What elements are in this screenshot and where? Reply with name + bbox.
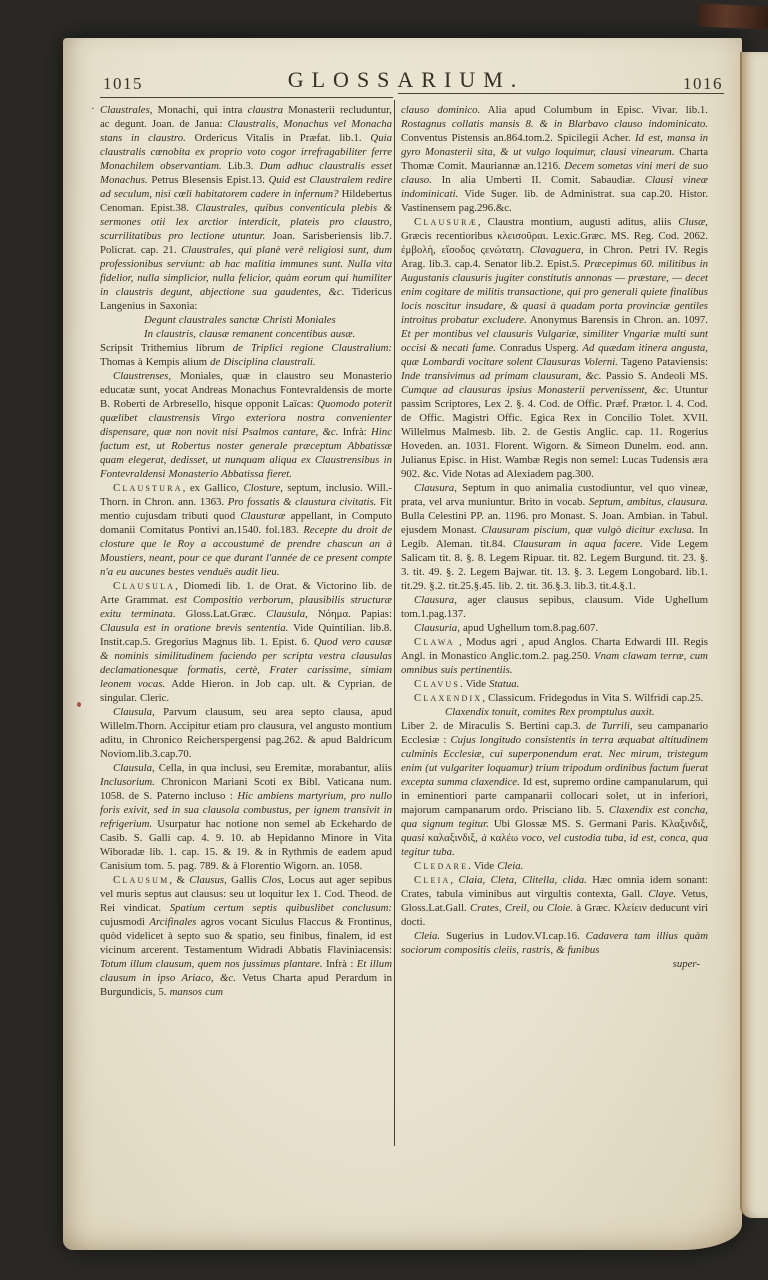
text-segment: cujusmodi (100, 916, 149, 928)
text-segment: Claustura (113, 482, 183, 494)
text-segment: Cleia. (497, 860, 523, 872)
catchword: super- (401, 957, 708, 971)
text-segment: de Triplici regione Claustralium: (233, 342, 392, 354)
text-segment: Clausula (113, 706, 152, 718)
text-segment: Statua. (489, 678, 519, 690)
text-segment: Inde transivimus ad primam clausuram, &c… (401, 370, 601, 382)
page-number-left: 1015 (103, 74, 143, 94)
verse-claxendix: Claxendix tonuit, comites Rex promptulus… (401, 705, 708, 719)
entry-claustrales: Claustrales, Monachi, qui intra claustra… (100, 103, 392, 313)
text-segment: Claye. (648, 888, 676, 900)
entry-cledare: Cledare. Vide Cleia. (401, 859, 708, 873)
text-segment: Totum illum clausum, quem nos jussimus p… (100, 958, 323, 970)
text-segment: Clausturæ (240, 510, 285, 522)
text-segment: Alia apud Columbum in Episc. Vivar. lib.… (480, 104, 708, 116)
text-segment: super- (673, 958, 700, 970)
text-segment: , Claustra montium, augusti aditus, alii… (478, 216, 678, 228)
text-segment: Claxendix (414, 692, 482, 704)
para-clausura-septum: Clausura, Septum in quo animalia custodi… (401, 481, 708, 593)
text-segment: de Turrili (586, 720, 630, 732)
page-number-right: 1016 (683, 74, 723, 94)
text-segment: Clausula (266, 608, 305, 620)
text-segment: Crates, Creil, ou Cloie. (470, 902, 573, 914)
text-segment: In claustris, clausæ remanent concentibu… (144, 328, 355, 340)
text-segment: Clausura (414, 594, 454, 606)
text-segment: Clausula (113, 580, 175, 592)
text-segment: Ordericus Vitalis in Præfat. lib.1. (186, 132, 371, 144)
text-segment: Closture (243, 482, 280, 494)
text-segment: Clos (261, 874, 281, 886)
text-segment: Infrà : (323, 958, 357, 970)
entry-claxendix: Claxendix, Classicum. Fridegodus in Vita… (401, 691, 708, 705)
text-segment: Cledare (414, 860, 468, 872)
text-segment: , Classicum. Fridegodus in Vita S. Wilfr… (482, 692, 703, 704)
entry-clawa: Clawa , Modus agri , apud Anglos. Charta… (401, 635, 708, 677)
para-claustrenses: Claustrenses, Moniales, quæ in claustro … (100, 369, 392, 481)
para-trithemius: Scripsit Trithemius librum de Triplici r… (100, 341, 392, 369)
entry-cleia: Cleia, Claia, Cleta, Clitella, clida. Hæ… (401, 873, 708, 929)
text-segment: Liber 2. de Miraculis S. Bertini cap.3. (401, 720, 586, 732)
text-segment: Cleia (414, 874, 450, 886)
text-segment: Tageno Pataviensis: (618, 356, 708, 368)
column-divider-rule (394, 100, 395, 1146)
text-segment: Septum, ambitus, clausura. (589, 496, 708, 508)
text-segment: Cleia. (414, 930, 440, 942)
entry-claustura: Claustura, ex Gallico, Closture, septum,… (100, 481, 392, 579)
text-segment: Claia, Cleta, Clitella, clida. (459, 874, 587, 886)
text-segment: , Νόημα. Papias: (305, 608, 392, 620)
text-segment: Claustrenses (113, 370, 168, 382)
text-segment: , Gallis (224, 874, 261, 886)
text-column-left: Claustrales, Monachi, qui intra claustra… (100, 103, 392, 1159)
text-column-right: clauso dominico. Alia apud Columbum in E… (401, 103, 708, 1159)
para-clausuria: Clausuria, apud Ughellum tom.8.pag.607. (401, 621, 708, 635)
text-segment: Clawa (414, 636, 455, 648)
text-segment: Infrà: (338, 426, 371, 438)
verse-line: In claustris, clausæ remanent concentibu… (100, 327, 392, 341)
text-segment: Clausura (414, 482, 454, 494)
text-segment: claustra (248, 104, 283, 116)
text-segment: Ubi Glossæ MS. S. Germani Paris. Κλαξινδ… (489, 818, 708, 830)
text-segment: Claxendix tonuit, comites Rex promptulus… (445, 706, 654, 718)
text-segment: Clausuram in aqua facere. (513, 538, 643, 550)
red-ink-speck (77, 702, 81, 707)
text-segment: Conradus Usperg. (496, 342, 582, 354)
para-liber2: Liber 2. de Miraculis S. Bertini cap.3. … (401, 719, 708, 859)
header-rule-left (100, 97, 393, 98)
text-segment: Sugerius in Ludov.VI.cap.16. (440, 930, 586, 942)
text-segment: , (450, 874, 458, 886)
para-clausula-cella: Clausula, Cella, in qua inclusi, seu Ere… (100, 761, 392, 873)
text-segment: Clausula (113, 762, 152, 774)
text-segment: Gloss.Lat.Græc. (176, 608, 266, 620)
text-segment: Scripsit Trithemius librum (100, 342, 233, 354)
text-segment: Clausula est in oratione brevis sententi… (100, 622, 288, 634)
text-segment: de Disciplina claustrali. (210, 356, 315, 368)
text-segment: Thomas à Kempis alium (100, 356, 210, 368)
para-clausula-parvum: Clausula, Parvum clausum, seu area septo… (100, 705, 392, 761)
margin-dot: · (91, 103, 95, 115)
text-segment: Passio S. Andeoli MS. (601, 370, 708, 382)
entry-clavus: Clavus. Vide Statua. (401, 677, 708, 691)
text-segment: Arcifinales (149, 916, 196, 928)
text-segment: , apud Ughellum tom.8.pag.607. (457, 622, 598, 634)
next-page-edge (740, 52, 768, 1218)
text-segment: , & (169, 874, 189, 886)
text-segment: Utuntur passim Scriptores, Lex 2. §. 4. … (401, 384, 708, 480)
text-segment: Clausuram piscium, quæ vulgò dicitur exc… (481, 524, 694, 536)
text-segment: mansos cum (170, 986, 223, 998)
entry-clausula: Clausula, Diomedi lib. 1. de Orat. & Vic… (100, 579, 392, 705)
text-segment: Clusæ (678, 216, 705, 228)
text-segment: clauso dominico. (401, 104, 480, 116)
text-segment: In alia Umberti II. Comit. Sabaudiæ. (432, 174, 645, 186)
book-headband (698, 3, 768, 29)
entry-clausurae: Clausuræ, Claustra montium, augusti adit… (401, 215, 708, 481)
text-segment: . Vide (468, 860, 497, 872)
text-segment: Clausuria (414, 622, 457, 634)
text-segment: , Cella, in qua inclusi, seu Eremitæ, mo… (152, 762, 392, 774)
book-scan-stage: 1015 GLOSSARIUM. 1016 · Claustrales, Mon… (0, 0, 768, 1280)
verse-line: Degunt claustrales sanctæ Christi Monial… (100, 313, 392, 327)
header-rule-right (398, 93, 724, 94)
text-segment: Rostagnus collatis mansis 8. & in Blarba… (401, 118, 708, 130)
text-segment: καλέω (487, 832, 522, 844)
text-segment: , Monachi, qui intra (150, 104, 248, 116)
text-segment: Clavus (414, 678, 460, 690)
text-segment: Lib.3. (222, 160, 260, 172)
para-clausura-ager: Clausura, ager clausus sepibus, clausum.… (401, 593, 708, 621)
entry-clausum: Clausum, & Clausus, Gallis Clos, Locus a… (100, 873, 392, 999)
text-segment: Claustrales (100, 104, 150, 116)
text-segment: Clavaguera (530, 244, 581, 256)
text-segment: Petrus Blesensis Epist.13. (148, 174, 269, 186)
para-clauso-dominico: clauso dominico. Alia apud Columbum in E… (401, 103, 708, 215)
text-segment: Anonymus Barensis in Chron. an. 1097. (527, 314, 708, 326)
text-segment: Cumque ad clausuras ipsius Monasterii pe… (401, 384, 669, 396)
text-segment: Pro fossatis & claustura civitatis. (228, 496, 377, 508)
para-cleia-sugerius: Cleia. Sugerius in Ludov.VI.cap.16. Cada… (401, 929, 708, 957)
text-segment: Degunt claustrales sanctæ Christi Monial… (144, 314, 336, 326)
text-segment: , ex Gallico, (183, 482, 244, 494)
text-segment: . Vide (460, 678, 489, 690)
text-segment: Clausuræ (414, 216, 478, 228)
text-segment: καλαξινδιξ, (424, 832, 481, 844)
text-segment: Clausus (189, 874, 224, 886)
running-title: GLOSSARIUM. (238, 67, 574, 93)
text-segment: Conventus Pistensis an.864.tom.2. Spicil… (401, 132, 635, 144)
text-segment: Inclusorium. (100, 776, 155, 788)
text-segment: quasi (401, 832, 424, 844)
text-segment: Spatium certum septis quibuslibet conclu… (170, 902, 392, 914)
text-segment: Clausum (113, 874, 169, 886)
